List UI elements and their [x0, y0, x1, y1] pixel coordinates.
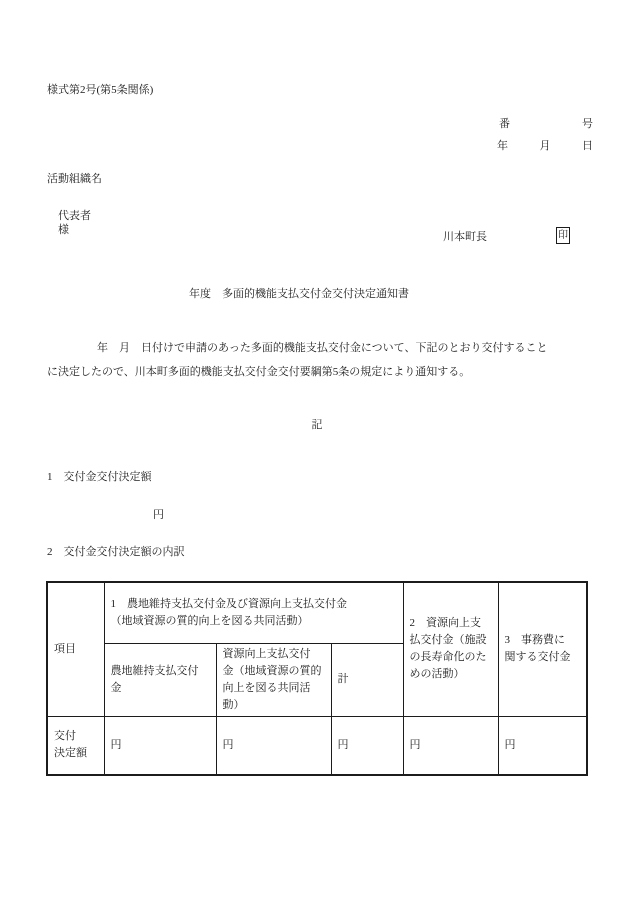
ref-number-row: 番 号	[499, 117, 593, 131]
seal-box: 印	[556, 227, 570, 244]
honorific-label: 様	[58, 224, 69, 236]
ref-number-prefix: 番	[499, 117, 510, 131]
breakdown-table: 項目 1 農地維持支払交付金及び資源向上支払交付金 （地域資源の質的向上を図る共…	[46, 581, 588, 776]
ref-number-suffix: 号	[582, 117, 593, 131]
facility-longevity-header-cell: 2 資源向上支 払交付金（施設 の長寿命化のた めの活動）	[403, 582, 498, 716]
record-separator: 記	[47, 418, 587, 432]
farmland-maintenance-subheader-cell: 農地維持支払交付 金	[104, 643, 216, 716]
date-row: 年 月 日	[497, 139, 593, 153]
admin-cost-header-cell: 3 事務費に 関する交付金	[498, 582, 587, 716]
amount-cell-total: 円	[331, 716, 403, 775]
decided-amount-label-cell: 交付 決定額	[47, 716, 104, 775]
date-year-label: 年	[497, 139, 508, 153]
representative-row: 代表者 様	[47, 195, 148, 251]
section-1-label: 1 交付金交付決定額	[47, 470, 152, 484]
amount-cell-facility: 円	[403, 716, 498, 775]
body-paragraph: 年 月 日付けで申請のあった多面的機能支払交付金について、下記のとおり交付するこ…	[47, 336, 587, 384]
date-day-label: 日	[582, 139, 593, 153]
group1-header-cell: 1 農地維持支払交付金及び資源向上支払交付金 （地域資源の質的向上を図る共同活動…	[104, 582, 403, 643]
organization-label: 活動組織名	[47, 172, 102, 186]
issuer-title: 川本町長	[443, 230, 487, 244]
resource-quality-subheader-cell: 資源向上支払交付 金（地域資源の質的 向上を図る共同活 動）	[216, 643, 331, 716]
amount-cell-admin: 円	[498, 716, 587, 775]
date-month-label: 月	[540, 139, 551, 153]
amount-cell-farmland: 円	[104, 716, 216, 775]
amount-cell-resource-quality: 円	[216, 716, 331, 775]
section-1-amount-unit: 円	[153, 508, 164, 522]
document-page: 様式第2号(第5条関係) 番 号 年 月 日 活動組織名 代表者 様 川本町長 …	[0, 0, 630, 903]
form-number: 様式第2号(第5条関係)	[47, 83, 153, 97]
total-subheader-cell: 計	[331, 643, 403, 716]
document-title: 年度 多面的機能支払交付金交付決定通知書	[189, 287, 409, 301]
section-2-label: 2 交付金交付決定額の内訳	[47, 545, 185, 559]
representative-label: 代表者	[58, 209, 148, 223]
item-header-cell: 項目	[47, 582, 104, 716]
